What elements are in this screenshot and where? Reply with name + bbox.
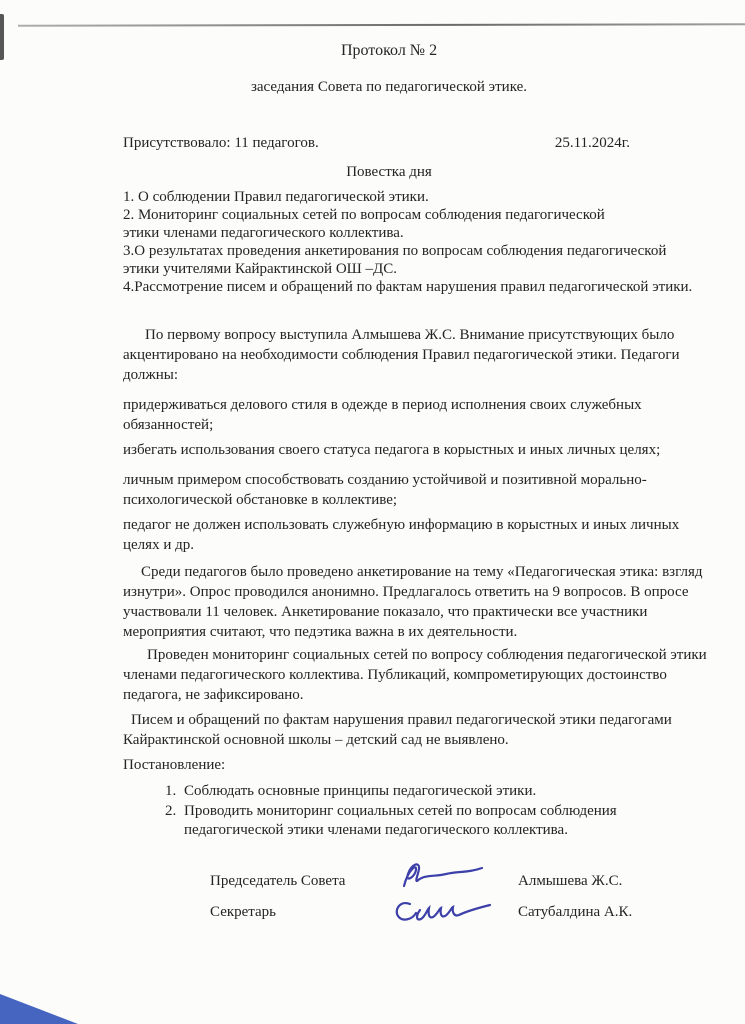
chairman-signature-icon bbox=[390, 856, 490, 896]
body-paragraph: Проведен мониторинг социальных сетей по … bbox=[123, 645, 710, 705]
signature-name: Сатубалдина А.К. bbox=[518, 902, 710, 922]
agenda-line: 3.О результатах проведения анкетирования… bbox=[123, 242, 710, 260]
resolution-item: Проводить мониторинг социальных сетей по… bbox=[180, 802, 710, 840]
body-paragraph: По первому вопросу выступила Алмышева Ж.… bbox=[123, 325, 710, 385]
agenda-list: 1. О соблюдении Правил педагогической эт… bbox=[123, 188, 710, 296]
scan-left-edge-mark bbox=[0, 14, 4, 60]
body-paragraph: педагог не должен использовать служебную… bbox=[123, 515, 710, 555]
resolution-heading: Постановление: bbox=[123, 755, 710, 775]
resolution-list: Соблюдать основные принципы педагогическ… bbox=[123, 782, 710, 840]
body-paragraph: придерживаться делового стиля в одежде в… bbox=[123, 395, 710, 435]
body-paragraph: избегать использования своего статуса пе… bbox=[123, 440, 710, 460]
agenda-line: этики учителями Кайрактинской ОШ –ДС. bbox=[123, 260, 710, 278]
agenda-line: 4.Рассмотрение писем и обращений по факт… bbox=[123, 278, 710, 296]
doc-title: Протокол № 2 bbox=[123, 41, 655, 61]
signature-row: Председатель Совета Алмышева Ж.С. bbox=[210, 866, 710, 896]
document-page: Протокол № 2 заседания Совета по педагог… bbox=[0, 0, 745, 926]
signature-role: Секретарь bbox=[210, 902, 390, 922]
attendance-count: Присутствовало: 11 педагогов. bbox=[123, 133, 319, 153]
agenda-line: 1. О соблюдении Правил педагогической эт… bbox=[123, 188, 710, 206]
body-paragraph: Писем и обращений по фактам нарушения пр… bbox=[123, 710, 710, 750]
doc-date: 25.11.2024г. bbox=[555, 133, 630, 153]
signature-role: Председатель Совета bbox=[210, 871, 390, 891]
scan-corner-fold bbox=[0, 994, 78, 1024]
signature-row: Секретарь Сатубалдина А.К. bbox=[210, 896, 710, 926]
doc-subtitle: заседания Совета по педагогической этике… bbox=[123, 77, 655, 97]
body-paragraph: Среди педагогов было проведено анкетиров… bbox=[123, 562, 710, 642]
resolution-item: Соблюдать основные принципы педагогическ… bbox=[180, 782, 710, 801]
agenda-line: этики членами педагогического коллектива… bbox=[123, 224, 710, 242]
body-paragraph: личным примером способствовать созданию … bbox=[123, 470, 710, 510]
signatures-block: Председатель Совета Алмышева Ж.С. Секрет… bbox=[210, 866, 710, 926]
agenda-heading: Повестка дня bbox=[123, 162, 655, 182]
meta-row: Присутствовало: 11 педагогов. 25.11.2024… bbox=[123, 133, 710, 153]
signature-name: Алмышева Ж.С. bbox=[518, 871, 710, 891]
secretary-signature-icon bbox=[390, 894, 500, 928]
agenda-line: 2. Мониторинг социальных сетей по вопрос… bbox=[123, 206, 710, 224]
